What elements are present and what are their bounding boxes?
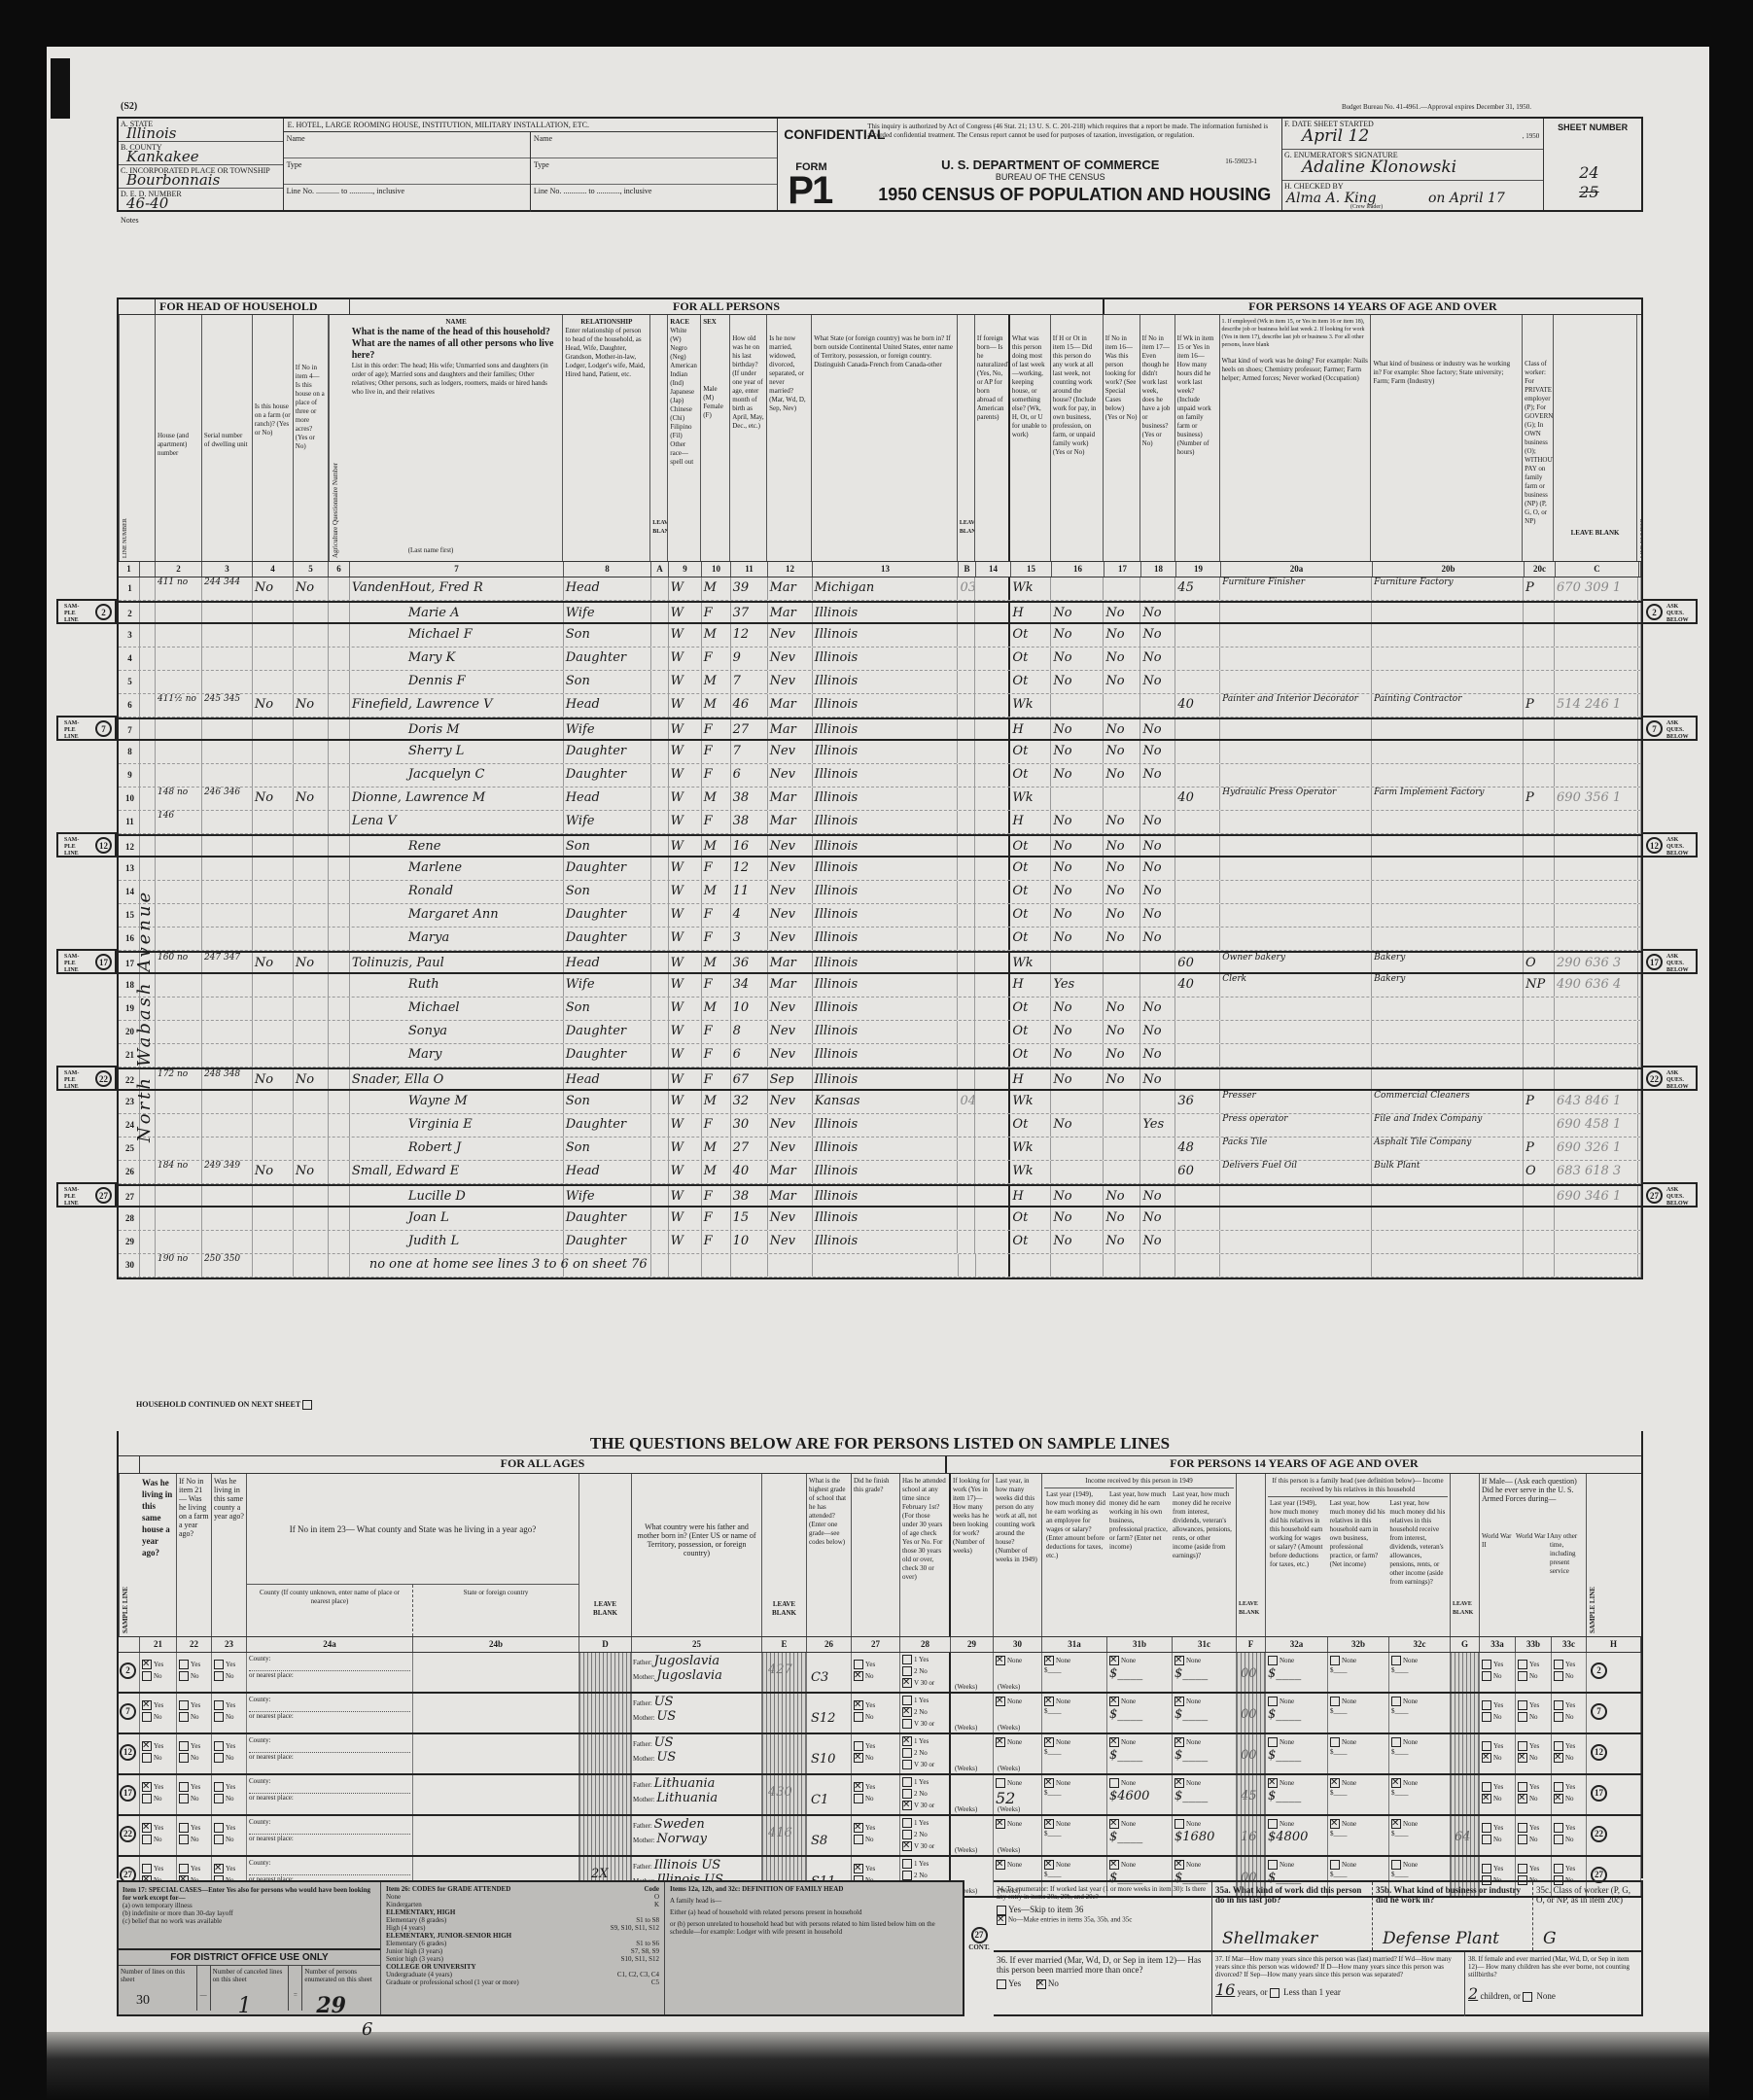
ww1-no-checkbox[interactable] [1518,1712,1527,1722]
farm [253,881,294,903]
leave-blank-c [1555,671,1638,693]
leave-blank-c: 670 309 1 [1555,577,1638,600]
family-other-none-checkbox[interactable] [1391,1860,1401,1870]
income-business-none-checkbox[interactable] [1109,1860,1119,1870]
income-wages-none-checkbox[interactable] [1044,1697,1054,1706]
leave-blank-b [958,953,975,972]
income-business-none-checkbox[interactable] [1109,1656,1119,1665]
race: W [669,1021,702,1043]
same-county-no-checkbox[interactable] [214,1712,224,1722]
ww2-yes-checkbox[interactable] [1482,1700,1491,1710]
parents-birthplace: Father: USMother: US [632,1694,762,1732]
table-row: 18RuthWifeWF34MarIllinoisHYes40ClerkBake… [119,974,1641,997]
served-other: YesNo [1552,1653,1587,1692]
sex: F [702,647,731,670]
age: 30 [731,1114,768,1137]
column-number: 15 [1011,562,1052,577]
column-number: 2 [156,562,202,577]
leave-blank-d: 2X [591,1867,609,1881]
agri-questionnaire [329,881,350,903]
weeks-looking: (Weeks) [951,1775,994,1814]
ww2-yes-checkbox[interactable] [1482,1741,1491,1751]
attended-yes-checkbox[interactable] [902,1696,912,1705]
attended-30-over-checkbox[interactable] [902,1841,912,1851]
q36-yes-checkbox[interactable] [997,1979,1006,1989]
age: 9 [731,647,768,670]
ww2-yes-checkbox[interactable] [1482,1660,1491,1669]
income-other: None$1680 [1173,1816,1237,1855]
marital-status: Mar [768,1186,813,1206]
family-business-none-checkbox[interactable] [1330,1697,1340,1706]
any-work: No [1051,1044,1104,1067]
sample-line-number: 12 [120,1744,136,1761]
relationship: Daughter [564,1207,651,1230]
income-wages-none-checkbox[interactable] [1044,1778,1054,1788]
leave-blank-c [1555,1044,1638,1067]
birthplace: Illinois [813,603,959,622]
ww2-no-checkbox[interactable] [1482,1794,1491,1803]
highest-grade: S8 [811,1834,827,1848]
highest-grade: S10 [811,1752,835,1767]
line-number-right: 11 [1638,811,1641,833]
income-wages-none-checkbox[interactable] [1044,1819,1054,1829]
other-service-yes-checkbox[interactable] [1554,1660,1563,1669]
ww1-yes-checkbox[interactable] [1518,1823,1527,1833]
sample-person-27-questions: 34. To enumerator: If worked last year (… [994,1880,1643,2016]
family-wages-none-checkbox[interactable] [1268,1819,1278,1829]
ww1-yes-checkbox[interactable] [1518,1864,1527,1873]
income-business-none-checkbox[interactable] [1109,1819,1119,1829]
any-work: No [1051,1069,1104,1089]
enumerator-field: g. ENUMERATOR'S SIGNATURE Adaline Klonow… [1282,150,1543,181]
q36-no-checkbox[interactable] [1036,1979,1046,1989]
agri-questionnaire [329,927,350,950]
weeks-worked-none-checkbox[interactable] [996,1778,1005,1788]
attended-yes-checkbox[interactable] [902,1736,912,1746]
income-wages-none-checkbox[interactable] [1044,1656,1054,1665]
family-wages-none-checkbox[interactable] [1268,1737,1278,1747]
ww1-no-checkbox[interactable] [1518,1835,1527,1844]
income-other: $____ [1175,1789,1208,1803]
three-acres [294,1186,329,1206]
naturalized [975,953,1010,972]
ww2-no-checkbox[interactable] [1482,1835,1491,1844]
leave-blank-c [1555,997,1638,1020]
attended-yes-checkbox[interactable] [902,1777,912,1787]
income-other-none-checkbox[interactable] [1175,1656,1184,1665]
served-ww2: YesNo [1480,1775,1516,1814]
industry: Painting Contractor [1372,694,1524,717]
q38-none-checkbox[interactable] [1523,1992,1532,2002]
attended-no-checkbox[interactable] [902,1789,912,1799]
same-house-no-checkbox[interactable] [142,1753,152,1763]
finished-grade-yes-checkbox[interactable] [854,1864,863,1873]
other-service-no-checkbox[interactable] [1554,1712,1563,1722]
farm [253,904,294,927]
ww1-no-checkbox[interactable] [1518,1753,1527,1763]
class-of-worker: O [1524,1161,1555,1183]
any-work: No [1051,603,1104,622]
age: 6 [731,764,768,787]
column-number: 5 [294,562,329,577]
marital-status: Nev [768,997,813,1020]
marital-status: Mar [768,1161,813,1183]
family-other: None$____ [1389,1653,1451,1692]
column-number: 20b [1373,562,1525,577]
hours-worked [1175,836,1220,856]
same-county-no-checkbox[interactable] [214,1671,224,1681]
same-house-yes-checkbox[interactable] [142,1782,152,1792]
family-wages-none-checkbox[interactable] [1268,1778,1278,1788]
serial-number [202,997,253,1020]
leave-blank-c [1555,1207,1638,1230]
income-other-none-checkbox[interactable] [1175,1778,1184,1788]
attended-no-checkbox[interactable] [902,1871,912,1880]
income-business-none-checkbox[interactable] [1109,1778,1119,1788]
house-number [156,1186,202,1206]
ww1-yes-checkbox[interactable] [1518,1660,1527,1669]
same-county-no-checkbox[interactable] [214,1794,224,1803]
population-table: FOR HEAD OF HOUSEHOLD FOR ALL PERSONS FO… [117,297,1643,1279]
finished-grade-no-checkbox[interactable] [854,1753,863,1763]
same-county-yes-checkbox[interactable] [214,1782,224,1792]
other-service-yes-checkbox[interactable] [1554,1741,1563,1751]
occupation [1220,647,1372,670]
agri-questionnaire [329,764,350,787]
line-number-right: 14 [1638,881,1641,903]
father-birthplace: US [654,1695,674,1709]
occupation [1220,811,1372,833]
hours-worked [1175,1114,1220,1137]
same-county-yes-checkbox[interactable] [214,1660,224,1669]
leave-blank-g [1451,1734,1480,1773]
other-service-no-checkbox[interactable] [1554,1835,1563,1844]
other-service-no-checkbox[interactable] [1554,1671,1563,1681]
family-business-none-checkbox[interactable] [1330,1860,1340,1870]
leave-blank-b [958,1137,975,1160]
location-block: a. STATE Illinois b. COUNTY Kankakee c. … [119,119,284,210]
finished-grade: YesNo [852,1694,900,1732]
same-house-no-checkbox[interactable] [142,1712,152,1722]
three-acres [294,624,329,647]
finished-grade-yes-checkbox[interactable] [854,1700,863,1710]
county-year-ago: County:or nearest place: [247,1734,413,1773]
race: W [669,1114,702,1137]
other-service-no-checkbox[interactable] [1554,1794,1563,1803]
leave-blank-b [958,857,975,880]
occupation: Hydraulic Press Operator [1220,787,1372,810]
leave-blank-b [958,647,975,670]
leave-blank-a [651,1137,669,1160]
other-service-yes-checkbox[interactable] [1554,1823,1563,1833]
finished-grade-yes-checkbox[interactable] [854,1660,863,1669]
income-other-none-checkbox[interactable] [1175,1860,1184,1870]
ww2-yes-checkbox[interactable] [1482,1823,1491,1833]
other-service-no-checkbox[interactable] [1554,1753,1563,1763]
farm-year-ago-yes-checkbox[interactable] [179,1700,189,1710]
leave-blank-b [958,1161,975,1183]
leave-blank-c [1555,624,1638,647]
naturalized [975,741,1010,763]
farm-year-ago-yes-checkbox[interactable] [179,1864,189,1873]
family-wages: $____ [1268,1707,1301,1722]
other-service-yes-checkbox[interactable] [1554,1864,1563,1873]
activity: Wk [1010,577,1051,600]
agri-questionnaire [329,741,350,763]
attended-no-checkbox[interactable] [902,1748,912,1758]
race: W [669,1186,702,1206]
line-number: 1 [119,577,140,600]
same-house-yes-checkbox[interactable] [142,1864,152,1873]
attended-30-over-checkbox[interactable] [902,1719,912,1729]
farm: No [253,787,294,810]
q34-no-checkbox[interactable] [997,1915,1006,1925]
leave-blank-b [958,741,975,763]
ww2-no-checkbox[interactable] [1482,1753,1491,1763]
column-number: 19 [1176,562,1221,577]
same-house-yes-checkbox[interactable] [142,1741,152,1751]
race: W [669,974,702,997]
family-business-none-checkbox[interactable] [1330,1819,1340,1829]
agri-questionnaire [329,719,350,739]
family-head-definition: Items 12a, 12b, and 32c: DEFINITION OF F… [665,1882,963,2014]
family-other-none-checkbox[interactable] [1391,1737,1401,1747]
sample-line-number: 7 [120,1703,136,1720]
farm-year-ago-yes-checkbox[interactable] [179,1823,189,1833]
income-business-none-checkbox[interactable] [1109,1737,1119,1747]
attended-yes-checkbox[interactable] [902,1818,912,1828]
sample-row: 12YesNoYesNoYesNoCounty:or nearest place… [119,1734,1641,1775]
income-other-none-checkbox[interactable] [1175,1737,1184,1747]
family-wages-none-checkbox[interactable] [1268,1656,1278,1665]
income-business: $4600 [1109,1789,1149,1803]
farm-year-ago-no-checkbox[interactable] [179,1712,189,1722]
same-county-yes-checkbox[interactable] [214,1823,224,1833]
same-house-yes-checkbox[interactable] [142,1823,152,1833]
income-wages-none-checkbox[interactable] [1044,1860,1054,1870]
ww1-yes-checkbox[interactable] [1518,1741,1527,1751]
income-business-none-checkbox[interactable] [1109,1697,1119,1706]
highest-grade: S12 [807,1694,852,1732]
income-wages: None$____ [1042,1653,1107,1692]
ww2-yes-checkbox[interactable] [1482,1864,1491,1873]
age: 10 [731,1231,768,1253]
farm: No [253,1069,294,1089]
family-other-none-checkbox[interactable] [1391,1656,1401,1665]
farm-year-ago-yes-checkbox[interactable] [179,1660,189,1669]
column-headers: LINE NUMBER House (and apartment) number… [119,315,1641,562]
hours-worked [1175,1207,1220,1230]
activity: Ot [1010,764,1051,787]
activity: Wk [1010,1091,1051,1113]
relationship: Head [564,1161,651,1183]
same-county-no-checkbox[interactable] [214,1753,224,1763]
birthplace: Illinois [813,694,959,717]
relationship: Daughter [564,1114,651,1137]
three-acres: No [294,787,329,810]
same-county-yes-checkbox[interactable] [214,1864,224,1873]
leave-blank-d [579,1816,632,1855]
farm-year-ago-no-checkbox[interactable] [179,1835,189,1844]
same-house-yes-checkbox[interactable] [142,1700,152,1710]
same-county-yes-checkbox[interactable] [214,1700,224,1710]
serial-number [202,1021,253,1043]
income-wages-none-checkbox[interactable] [1044,1737,1054,1747]
family-other-none-checkbox[interactable] [1391,1778,1401,1788]
ww1-no-checkbox[interactable] [1518,1794,1527,1803]
confidential-text: This inquiry is authorized by Act of Con… [867,122,1276,140]
family-business-none-checkbox[interactable] [1330,1778,1340,1788]
looking-for-work [1104,577,1140,600]
finished-grade-no-checkbox[interactable] [854,1794,863,1803]
income-other-none-checkbox[interactable] [1175,1819,1184,1829]
weeks-worked: None(Weeks) [994,1653,1042,1692]
attended-yes-checkbox[interactable] [902,1859,912,1869]
class-of-worker [1524,741,1555,763]
naturalized [976,1254,1011,1277]
any-work: No [1051,1114,1104,1137]
leave-blank-b [958,811,975,833]
family-other-none-checkbox[interactable] [1391,1697,1401,1706]
looking-for-work [1104,1161,1140,1183]
same-county-no-checkbox[interactable] [214,1835,224,1844]
looking-for-work [1104,1137,1140,1160]
family-other: None$____ [1389,1775,1451,1814]
served-other: YesNo [1552,1775,1587,1814]
leave-blank-c: 690 356 1 [1555,787,1638,810]
attended-no-checkbox[interactable] [902,1707,912,1717]
sample-table-row: 7Doris MWifeWF27MarIllinoisHNoNoNo7 [119,717,1641,741]
ww1-yes-checkbox[interactable] [1518,1782,1527,1792]
same-house-no-checkbox[interactable] [142,1794,152,1803]
farm-year-ago-no-checkbox[interactable] [179,1794,189,1803]
marital-status: Nev [768,1231,813,1253]
any-work: No [1051,647,1104,670]
farm [253,1044,294,1067]
grade-code-item: Senior high (3 years)S10, S11, S12 [386,1955,659,1963]
birthplace: Illinois [813,1044,959,1067]
activity: Wk [1010,694,1051,717]
industry: Furniture Factory [1372,577,1524,600]
other-service-yes-checkbox[interactable] [1554,1782,1563,1792]
marital-status: Nev [768,624,813,647]
occupation [1220,1186,1372,1206]
attended-no-checkbox[interactable] [902,1666,912,1676]
finished-grade-no-checkbox[interactable] [854,1671,863,1681]
attended-yes-checkbox[interactable] [902,1655,912,1664]
ww2-no-checkbox[interactable] [1482,1712,1491,1722]
farm-year-ago-no-checkbox[interactable] [179,1671,189,1681]
same-house-no-checkbox[interactable] [142,1835,152,1844]
farm [253,927,294,950]
leave-blank-f: 16 [1237,1816,1266,1855]
weeks-worked-none-checkbox[interactable] [996,1656,1005,1665]
naturalized [975,603,1010,622]
naturalized [975,881,1010,903]
leave-blank-c [1555,881,1638,903]
hours-worked [1175,811,1220,833]
line-number-right: 5 [1638,671,1641,693]
q37-less-than-1-checkbox[interactable] [1270,1988,1280,1998]
looking-for-work: No [1104,1186,1140,1206]
ww1-yes-checkbox[interactable] [1518,1700,1527,1710]
sample-row: 7YesNoYesNoYesNoCounty:or nearest place:… [119,1694,1641,1734]
leave-blank-g: 64 [1451,1816,1480,1855]
relationship: Wife [564,1186,651,1206]
farm-year-ago-yes-checkbox[interactable] [179,1782,189,1792]
has-job [1140,694,1175,717]
mother-birthplace: Norway [656,1832,707,1846]
finished-grade-no-checkbox[interactable] [854,1712,863,1722]
looking-for-work: No [1104,811,1140,833]
has-job: No [1140,1186,1175,1206]
marital-status: Nev [768,671,813,693]
income-business: $____ [1109,1830,1142,1844]
leave-blank-c [1555,811,1638,833]
finished-grade-yes-checkbox[interactable] [854,1782,863,1792]
ask-questions-below-tab: 12ASKQUES.BELOW [1641,832,1698,857]
parents-birthplace: Father: JugoslaviaMother: Jugoslavia [632,1653,762,1692]
any-work [1051,1091,1104,1113]
family-business-none-checkbox[interactable] [1330,1656,1340,1665]
person-name: Lucille D [350,1186,564,1206]
farm [253,811,294,833]
family-other-none-checkbox[interactable] [1391,1819,1401,1829]
attended-30-over-checkbox[interactable] [902,1801,912,1810]
farm [253,1207,294,1230]
income-other-none-checkbox[interactable] [1175,1697,1184,1706]
same-house-no-checkbox[interactable] [142,1671,152,1681]
hours-worked [1175,1254,1220,1277]
attended-no-checkbox[interactable] [902,1830,912,1839]
attended-30-over-checkbox[interactable] [902,1678,912,1688]
ww1-no-checkbox[interactable] [1518,1671,1527,1681]
weeks-worked-none-checkbox[interactable] [996,1697,1005,1706]
finished-grade-yes-checkbox[interactable] [854,1823,863,1833]
finished-grade-yes-checkbox[interactable] [854,1741,863,1751]
attended-30-over-checkbox[interactable] [902,1760,912,1769]
family-wages-none-checkbox[interactable] [1268,1860,1278,1870]
serial-number [202,1186,253,1206]
weeks-worked-none-checkbox[interactable] [996,1860,1005,1870]
other-service-yes-checkbox[interactable] [1554,1700,1563,1710]
same-house-yes-checkbox[interactable] [142,1660,152,1669]
same-county-yes-checkbox[interactable] [214,1741,224,1751]
farm-year-ago-no-checkbox[interactable] [179,1753,189,1763]
family-business-none-checkbox[interactable] [1330,1737,1340,1747]
ww2-yes-checkbox[interactable] [1482,1782,1491,1792]
father-birthplace: Illinois US [654,1858,721,1872]
race: W [669,836,702,856]
household-continued-checkbox[interactable] [302,1400,312,1410]
weeks-worked-none-checkbox[interactable] [996,1737,1005,1747]
leave-blank-d [579,1694,632,1732]
family-wages-none-checkbox[interactable] [1268,1697,1278,1706]
industry: Farm Implement Factory [1372,787,1524,810]
highest-grade: C1 [807,1775,852,1814]
birthplace: Michigan [813,577,959,600]
ww2-no-checkbox[interactable] [1482,1671,1491,1681]
farm-year-ago: YesNo [177,1734,212,1773]
leave-blank-b [958,719,975,739]
any-work: No [1051,764,1104,787]
naturalized [975,927,1010,950]
table-row: 19MichaelSonWM10NevIllinoisOtNoNoNo19 [119,997,1641,1021]
finished-grade-no-checkbox[interactable] [854,1835,863,1844]
farm-year-ago-yes-checkbox[interactable] [179,1741,189,1751]
person-name: Snader, Ella O [350,1069,564,1089]
weeks-worked-none-checkbox[interactable] [996,1819,1005,1829]
